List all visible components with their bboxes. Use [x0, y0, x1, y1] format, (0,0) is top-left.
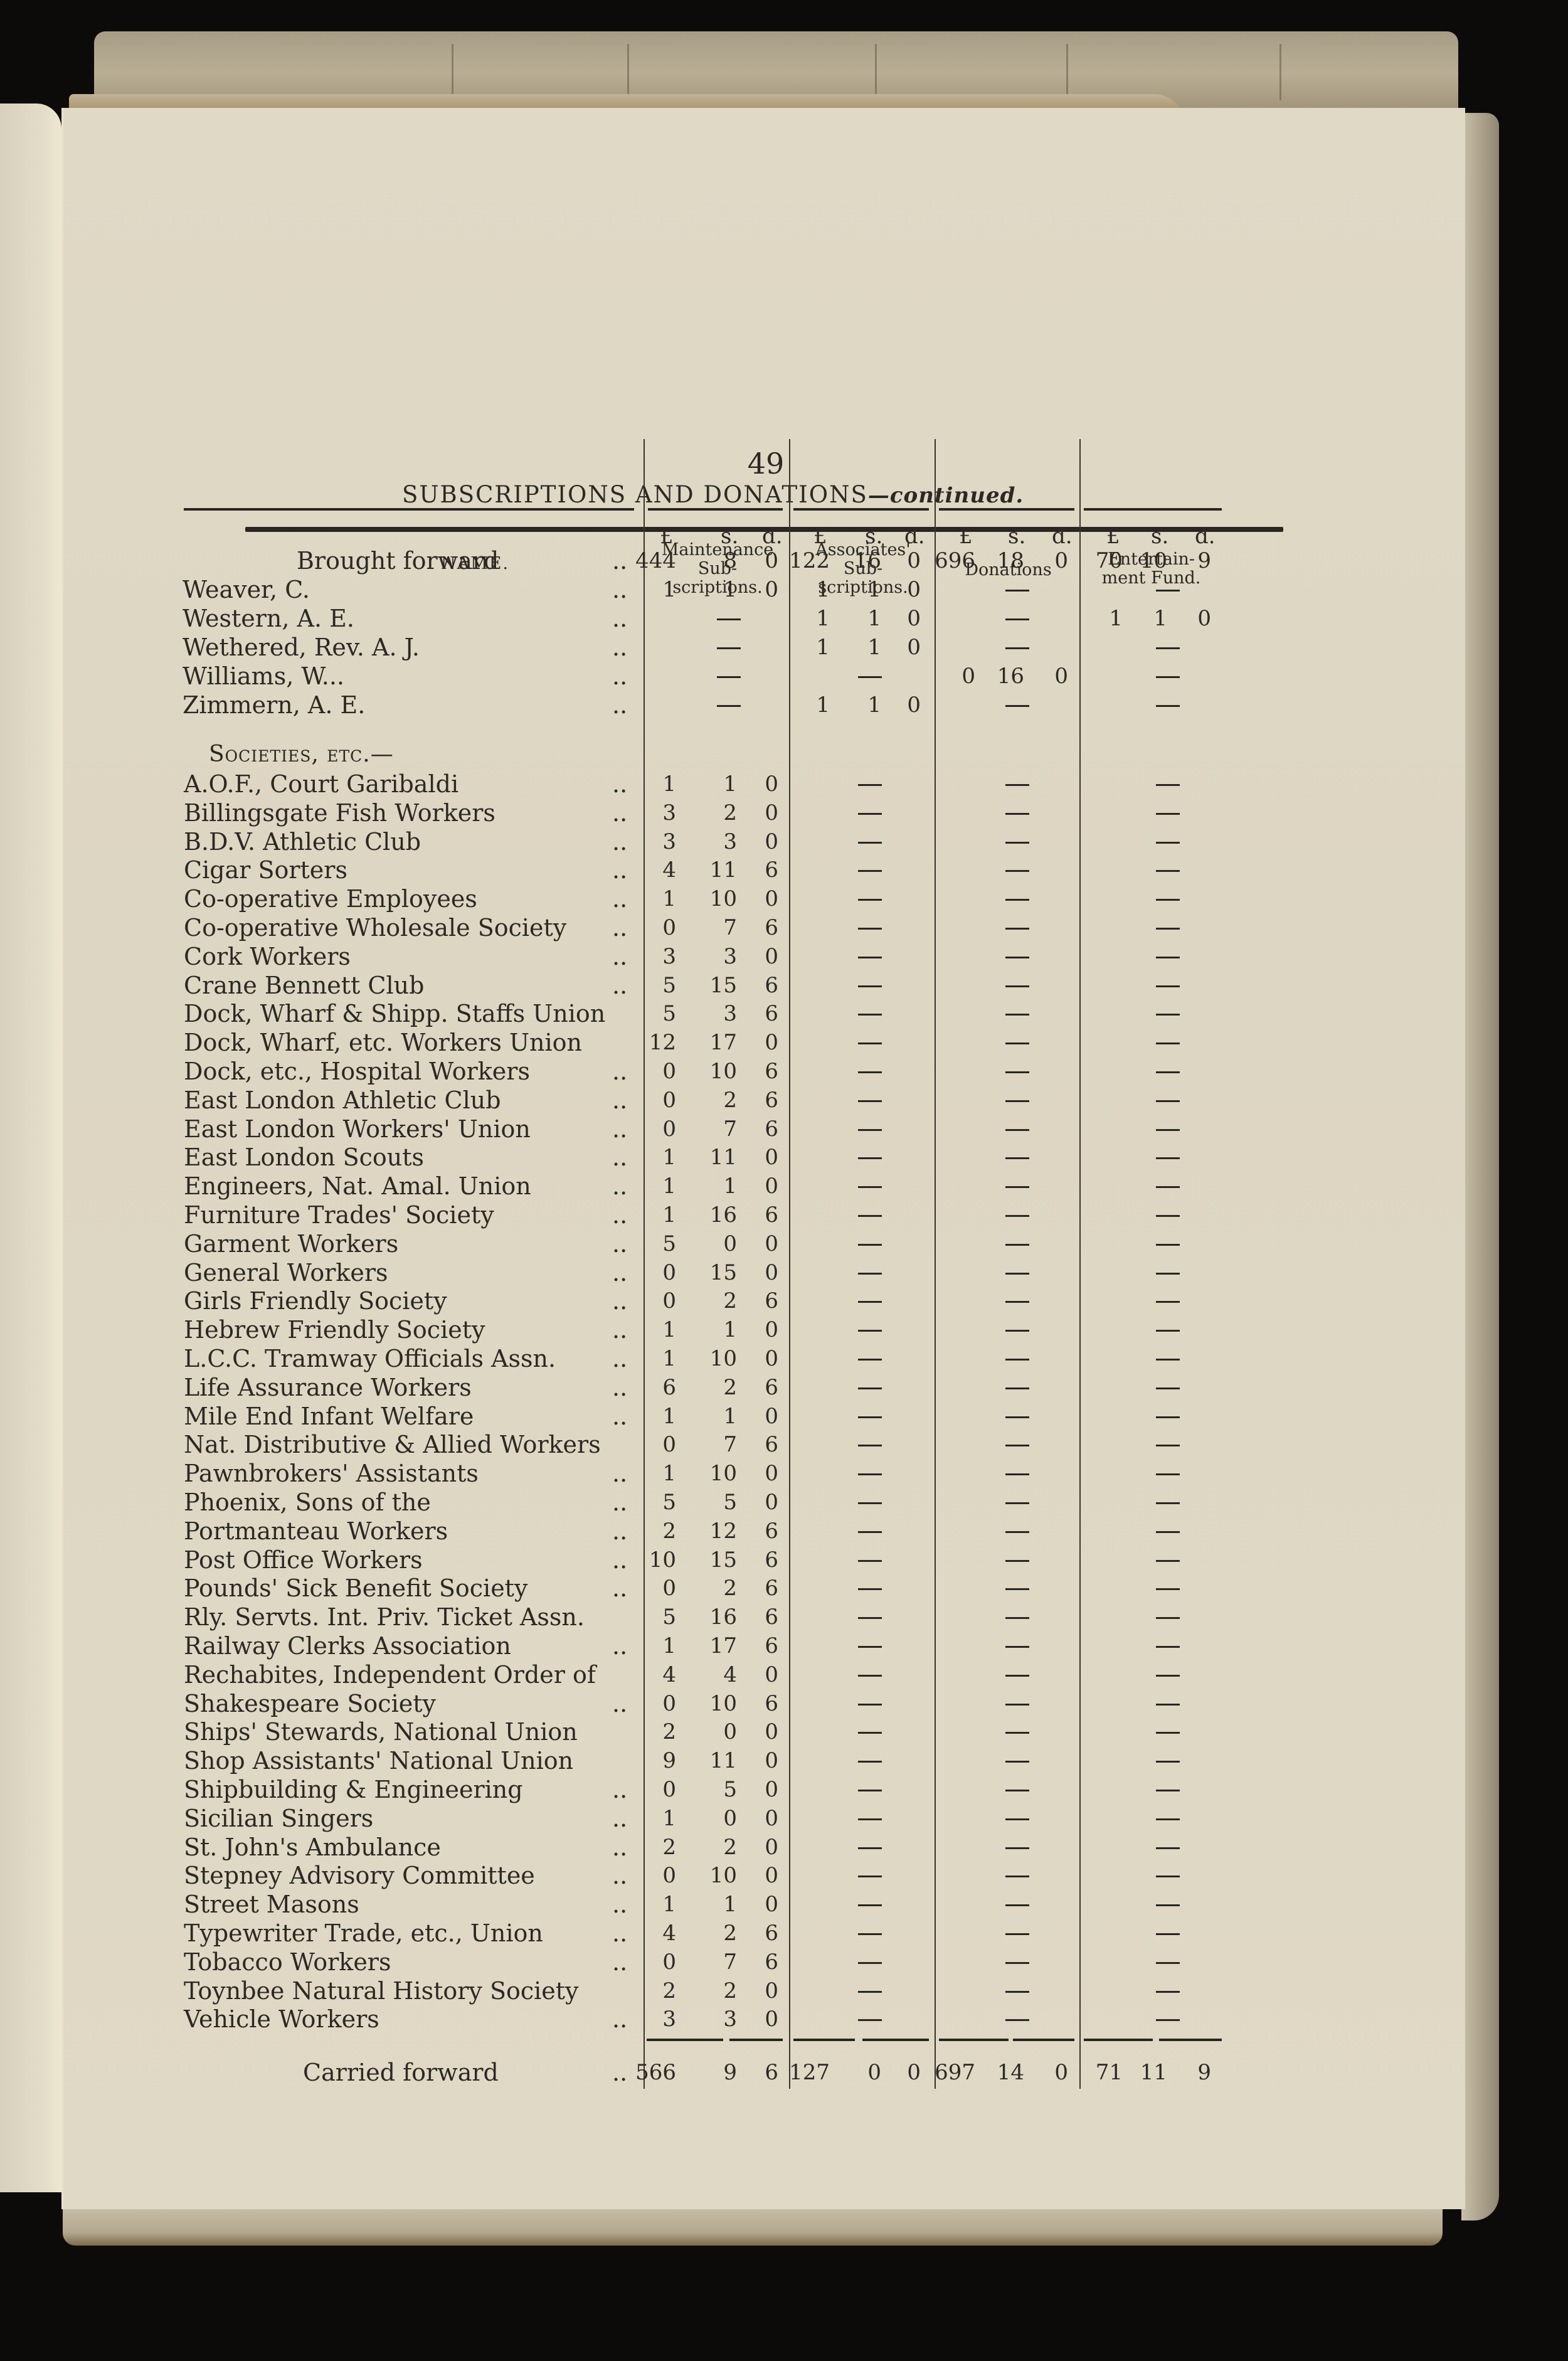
maintenance-pence: 6	[734, 1117, 778, 1142]
associates-empty-dash	[858, 1215, 882, 1217]
maintenance-shillings: 0	[693, 1719, 737, 1744]
maintenance-pence: 6	[734, 915, 778, 940]
maintenance-pence: 6	[734, 1921, 778, 1946]
table-row: Shop Assistants' National Union9110	[63, 1747, 1465, 1776]
associates-empty-dash	[858, 1675, 882, 1677]
entertainment-empty-dash	[1156, 676, 1180, 678]
associates-pounds: 1	[786, 692, 830, 718]
table-row: Furniture Trades' Society..1166	[63, 1201, 1465, 1230]
row-name: Williams, W...	[183, 662, 344, 690]
donations-empty-dash	[1005, 1445, 1029, 1446]
donations-empty-dash	[1005, 870, 1029, 872]
entertainment-empty-dash	[1156, 928, 1180, 930]
maintenance-shillings: 1	[693, 1174, 737, 1199]
header-rule-bottom	[184, 508, 634, 511]
maintenance-pence: 0	[734, 1719, 778, 1744]
maintenance-shillings: 2	[693, 1576, 737, 1601]
maintenance-shillings: 3	[693, 2007, 737, 2032]
table-row: Weaver, C...110110	[63, 576, 1465, 605]
table-row: Mile End Infant Welfare..110	[63, 1403, 1465, 1431]
maintenance-pence: 6	[734, 857, 778, 883]
book-page: 49 SUBSCRIPTIONS AND DONATIONS—continued…	[61, 108, 1465, 2209]
associates-empty-dash	[858, 1962, 882, 1964]
maintenance-pence: 0	[734, 1317, 778, 1342]
entertainment-empty-dash	[1156, 1761, 1180, 1763]
maintenance-shillings: 12	[693, 1519, 737, 1544]
maintenance-shillings: 10	[693, 886, 737, 911]
table-row: Girls Friendly Society..026	[63, 1287, 1465, 1316]
maintenance-shillings: 2	[693, 1921, 737, 1946]
table-row: Shipbuilding & Engineering..050	[63, 1776, 1465, 1805]
table-row: Dock, etc., Hospital Workers..0106	[63, 1058, 1465, 1086]
entertainment-shillings: 11	[1123, 2060, 1167, 2085]
donations-empty-dash	[1005, 813, 1029, 815]
maintenance-pence: 0	[734, 1404, 778, 1429]
row-name: Railway Clerks Association	[184, 1632, 511, 1660]
maintenance-pence: 0	[734, 1892, 778, 1917]
associates-empty-dash	[858, 784, 882, 786]
associates-pence: 0	[877, 577, 921, 602]
associates-empty-dash	[858, 1531, 882, 1533]
maintenance-pounds: 1	[632, 577, 676, 602]
associates-empty-dash	[858, 1646, 882, 1648]
table-row: A.O.F., Court Garibaldi..110	[63, 770, 1465, 799]
maintenance-pence: 6	[734, 1691, 778, 1716]
table-row: Railway Clerks Association..1176	[63, 1632, 1465, 1661]
associates-empty-dash	[858, 2019, 882, 2021]
leader-dots: ..	[612, 1546, 627, 1574]
row-name: Shop Assistants' National Union	[184, 1747, 573, 1775]
entertainment-pounds: 71	[1079, 2060, 1123, 2085]
maintenance-shillings: 2	[693, 1978, 737, 2003]
leader-dots: ..	[612, 1460, 627, 1487]
maintenance-shillings: 7	[693, 1950, 737, 1975]
maintenance-pence: 0	[734, 1461, 778, 1486]
entertainment-empty-dash	[1156, 705, 1180, 707]
maintenance-shillings: 15	[693, 973, 737, 998]
donations-empty-dash	[1005, 957, 1029, 958]
row-name: L.C.C. Tramway Officials Assn.	[184, 1345, 556, 1372]
associates-empty-dash	[858, 1560, 882, 1562]
donations-empty-dash	[1005, 1416, 1029, 1418]
associates-empty-dash	[858, 1473, 882, 1475]
entertainment-empty-dash	[1156, 1186, 1180, 1188]
table-row: Ships' Stewards, National Union200	[63, 1718, 1465, 1747]
maintenance-pence: 0	[734, 1777, 778, 1802]
associates-empty-dash	[858, 1847, 882, 1849]
associates-empty-dash	[858, 1273, 882, 1275]
row-name: Tobacco Workers	[184, 1948, 391, 1976]
donations-empty-dash	[1005, 985, 1029, 987]
row-name: Cork Workers	[184, 943, 351, 970]
entertainment-empty-dash	[1156, 813, 1180, 815]
leader-dots: ..	[612, 605, 627, 632]
entertainment-empty-dash	[1156, 957, 1180, 958]
maintenance-shillings: 1	[693, 1317, 737, 1342]
row-name: Crane Bennett Club	[184, 972, 424, 999]
maintenance-pounds: 1	[632, 1461, 676, 1486]
table-row: Portmanteau Workers..2126	[63, 1517, 1465, 1546]
associates-empty-dash	[858, 1359, 882, 1361]
maintenance-shillings: 10	[693, 1346, 737, 1371]
leader-dots: ..	[612, 1230, 627, 1258]
entertainment-empty-dash	[1156, 1359, 1180, 1361]
leader-dots: ..	[612, 1919, 627, 1947]
maintenance-pounds: 5	[632, 1001, 676, 1026]
table-row: General Workers..0150	[63, 1259, 1465, 1288]
maintenance-pence: 6	[734, 1088, 778, 1113]
title-suffix: —continued.	[868, 483, 1024, 508]
page-title: SUBSCRIPTIONS AND DONATIONS—continued.	[402, 481, 1155, 508]
entertainment-empty-dash	[1156, 1991, 1180, 1993]
maintenance-pounds: 0	[632, 1691, 676, 1716]
maintenance-pounds: 2	[632, 1719, 676, 1744]
associates-empty-dash	[858, 1617, 882, 1619]
entertainment-empty-dash	[1156, 1904, 1180, 1906]
table-row: St. John's Ambulance..220	[63, 1833, 1465, 1862]
maintenance-shillings: 17	[693, 1633, 737, 1658]
maintenance-pence: 6	[734, 1202, 778, 1228]
table-row: Pounds' Sick Benefit Society..026	[63, 1574, 1465, 1603]
entertainment-empty-dash	[1156, 1531, 1180, 1533]
row-name: Girls Friendly Society	[184, 1287, 447, 1315]
maintenance-pounds: 0	[632, 915, 676, 940]
maintenance-pounds: 12	[632, 1030, 676, 1055]
row-name: Life Assurance Workers	[184, 1374, 472, 1401]
table-row: East London Athletic Club..026	[63, 1086, 1465, 1115]
associates-pounds: 1	[786, 606, 830, 631]
maintenance-pence: 0	[734, 1863, 778, 1888]
maintenance-pounds: 1	[632, 1404, 676, 1429]
row-name: Co-operative Wholesale Society	[184, 914, 566, 942]
maintenance-shillings: 11	[693, 857, 737, 883]
entertainment-empty-dash	[1156, 1273, 1180, 1275]
maintenance-pence: 6	[734, 1375, 778, 1400]
maintenance-shillings: 7	[693, 915, 737, 940]
maintenance-pounds: 5	[632, 1490, 676, 1515]
donations-pence: 0	[1024, 2060, 1068, 2085]
donations-empty-dash	[1005, 1157, 1029, 1159]
row-name: Dock, Wharf, etc. Workers Union	[184, 1029, 582, 1056]
left-page-edge	[0, 103, 61, 2192]
maintenance-shillings: 5	[693, 1490, 737, 1515]
maintenance-empty-dash	[717, 676, 741, 678]
book-right-edge	[1461, 113, 1499, 2220]
table-row: L.C.C. Tramway Officials Assn...1100	[63, 1345, 1465, 1374]
leader-dots: ..	[612, 1805, 627, 1832]
table-row: Nat. Distributive & Allied Workers076	[63, 1431, 1465, 1460]
maintenance-pounds: 5	[632, 973, 676, 998]
maintenance-pounds: 0	[632, 1576, 676, 1601]
row-name: Engineers, Nat. Amal. Union	[184, 1172, 531, 1200]
row-name: Brought forward	[297, 547, 499, 575]
leader-dots: ..	[612, 972, 627, 999]
row-name: A.O.F., Court Garibaldi	[184, 770, 458, 798]
maintenance-pence: 0	[734, 1748, 778, 1773]
associates-pence: 0	[877, 692, 921, 718]
donations-empty-dash	[1005, 1761, 1029, 1763]
maintenance-pounds: 1	[632, 1892, 676, 1917]
maintenance-shillings: 10	[693, 1059, 737, 1084]
maintenance-shillings: 1	[693, 1892, 737, 1917]
unit-label-shillings: s.	[1008, 524, 1025, 549]
maintenance-pounds: 4	[632, 1921, 676, 1946]
associates-shillings: 0	[837, 2060, 881, 2085]
row-name: St. John's Ambulance	[184, 1833, 441, 1861]
entertainment-empty-dash	[1156, 1933, 1180, 1935]
entertainment-empty-dash	[1156, 1445, 1180, 1446]
maintenance-pence: 6	[734, 2060, 778, 2085]
maintenance-pounds: 1	[632, 1346, 676, 1371]
maintenance-pence: 0	[734, 1346, 778, 1371]
donations-empty-dash	[1005, 784, 1029, 786]
maintenance-pounds: 0	[632, 1863, 676, 1888]
maintenance-pounds: 566	[632, 2060, 676, 2085]
associates-empty-dash	[858, 1129, 882, 1131]
associates-empty-dash	[858, 1244, 882, 1246]
maintenance-shillings: 5	[693, 1777, 737, 1802]
unit-label-pence: d.	[762, 524, 783, 549]
unit-label-shillings: s.	[865, 524, 882, 549]
associates-pence: 0	[877, 2060, 921, 2085]
associates-empty-dash	[858, 1416, 882, 1418]
entertainment-empty-dash	[1156, 1416, 1180, 1418]
maintenance-pence: 6	[734, 1950, 778, 1975]
associates-empty-dash	[858, 1876, 882, 1877]
leader-dots: ..	[612, 1316, 627, 1344]
unit-label-pounds: £	[959, 524, 973, 549]
table-row: Toynbee Natural History Society220	[63, 1977, 1465, 2006]
header-rule-bottom	[939, 508, 1074, 511]
maintenance-pounds: 5	[632, 1231, 676, 1256]
table-row: Phoenix, Sons of the..550	[63, 1488, 1465, 1517]
maintenance-pounds: 1	[632, 1317, 676, 1342]
maintenance-pence: 6	[734, 1288, 778, 1313]
total-rule	[793, 2039, 855, 2041]
row-name: B.D.V. Athletic Club	[184, 828, 421, 856]
maintenance-empty-dash	[717, 647, 741, 649]
maintenance-pounds: 444	[632, 548, 676, 573]
maintenance-shillings: 3	[693, 829, 737, 854]
leader-dots: ..	[612, 1058, 627, 1085]
maintenance-shillings: 9	[693, 2060, 737, 2085]
unit-label-pounds: £	[1106, 524, 1120, 549]
leader-dots: ..	[612, 1201, 627, 1229]
associates-empty-dash	[858, 1387, 882, 1389]
entertainment-pence: 0	[1167, 606, 1211, 631]
leader-dots: ..	[612, 1345, 627, 1372]
maintenance-shillings: 17	[693, 1030, 737, 1055]
maintenance-pence: 6	[734, 1001, 778, 1026]
associates-empty-dash	[858, 1330, 882, 1332]
header-rule-bottom	[793, 508, 929, 511]
unit-label-pounds: £	[660, 524, 674, 549]
maintenance-empty-dash	[717, 618, 741, 620]
total-rule	[862, 2039, 929, 2041]
maintenance-shillings: 0	[693, 1231, 737, 1256]
maintenance-pounds: 9	[632, 1748, 676, 1773]
leader-dots: ..	[612, 1862, 627, 1889]
maintenance-pence: 6	[734, 1547, 778, 1573]
row-name: Pawnbrokers' Assistants	[184, 1460, 479, 1487]
entertainment-empty-dash	[1156, 1962, 1180, 1964]
entertainment-shillings: 1	[1123, 606, 1167, 631]
donations-empty-dash	[1005, 1991, 1029, 1993]
row-name: Weaver, C.	[183, 576, 310, 603]
table-row: Cork Workers..330	[63, 943, 1465, 972]
leader-dots: ..	[612, 662, 627, 690]
row-name: Mile End Infant Welfare	[184, 1403, 474, 1430]
table-row: Dock, Wharf & Shipp. Staffs Union536	[63, 1000, 1465, 1029]
row-name: Wethered, Rev. A. J.	[183, 634, 420, 661]
row-name: Phoenix, Sons of the	[184, 1488, 431, 1516]
header-rule-bottom	[1084, 508, 1222, 511]
donations-empty-dash	[1005, 1502, 1029, 1504]
maintenance-shillings: 16	[693, 1202, 737, 1228]
donations-empty-dash	[1005, 1387, 1029, 1389]
leader-dots: ..	[612, 1948, 627, 1976]
entertainment-pence: 9	[1167, 548, 1211, 573]
donations-empty-dash	[1005, 1617, 1029, 1619]
donations-empty-dash	[1005, 590, 1029, 592]
maintenance-pounds: 3	[632, 944, 676, 969]
maintenance-pounds: 1	[632, 1633, 676, 1658]
donations-empty-dash	[1005, 1847, 1029, 1849]
maintenance-pounds: 1	[632, 886, 676, 911]
entertainment-empty-dash	[1156, 1244, 1180, 1246]
entertainment-empty-dash	[1156, 784, 1180, 786]
row-name: Ships' Stewards, National Union	[184, 1718, 578, 1746]
brought-forward-row: Brought forward..4448012216069618070109	[63, 547, 1465, 576]
entertainment-empty-dash	[1156, 1646, 1180, 1648]
table-row: Sicilian Singers..100	[63, 1805, 1465, 1833]
associates-empty-dash	[858, 842, 882, 844]
maintenance-shillings: 10	[693, 1863, 737, 1888]
associates-pence: 0	[877, 548, 921, 573]
associates-pounds: 127	[786, 2060, 830, 2085]
donations-empty-dash	[1005, 1244, 1029, 1246]
donations-empty-dash	[1005, 928, 1029, 930]
table-row: Billingsgate Fish Workers..320	[63, 799, 1465, 828]
unit-label-shillings: s.	[1151, 524, 1168, 549]
maintenance-shillings: 1	[693, 1404, 737, 1429]
entertainment-empty-dash	[1156, 1790, 1180, 1791]
donations-empty-dash	[1005, 647, 1029, 649]
leader-dots: ..	[612, 634, 627, 661]
section-heading-societies: Societies, etc.—	[209, 741, 394, 767]
unit-label-pence: d.	[1195, 524, 1216, 549]
maintenance-shillings: 8	[693, 548, 737, 573]
donations-empty-dash	[1005, 1014, 1029, 1016]
entertainment-empty-dash	[1156, 1675, 1180, 1677]
total-rule	[939, 2039, 1009, 2041]
donations-empty-dash	[1005, 1186, 1029, 1188]
associates-empty-dash	[858, 1588, 882, 1590]
row-name: General Workers	[184, 1259, 388, 1287]
entertainment-empty-dash	[1156, 1818, 1180, 1820]
entertainment-empty-dash	[1156, 1560, 1180, 1562]
maintenance-pence: 0	[734, 886, 778, 911]
entertainment-empty-dash	[1156, 2019, 1180, 2021]
table-row: Stepney Advisory Committee..0100	[63, 1862, 1465, 1891]
entertainment-empty-dash	[1156, 1330, 1180, 1332]
table-row: East London Workers' Union..076	[63, 1115, 1465, 1144]
donations-empty-dash	[1005, 1215, 1029, 1217]
maintenance-pounds: 0	[632, 1117, 676, 1142]
table-row: Co-operative Employees..1100	[63, 885, 1465, 914]
maintenance-shillings: 11	[693, 1748, 737, 1773]
carried-forward-row: Carried forward..566961270069714071119	[63, 2059, 1465, 2088]
donations-empty-dash	[1005, 1330, 1029, 1332]
row-name: Zimmern, A. E.	[183, 691, 365, 719]
entertainment-empty-dash	[1156, 1732, 1180, 1734]
donations-empty-dash	[1005, 1904, 1029, 1906]
maintenance-pence: 0	[734, 1030, 778, 1055]
entertainment-empty-dash	[1156, 1071, 1180, 1073]
donations-empty-dash	[1005, 1933, 1029, 1935]
leader-dots: ..	[612, 770, 627, 798]
entertainment-empty-dash	[1156, 870, 1180, 872]
entertainment-empty-dash	[1156, 1157, 1180, 1159]
maintenance-pounds: 2	[632, 1978, 676, 2003]
table-row: Pawnbrokers' Assistants..1100	[63, 1460, 1465, 1488]
donations-empty-dash	[1005, 1531, 1029, 1533]
maintenance-pence: 0	[734, 1260, 778, 1285]
total-rule	[1084, 2039, 1153, 2041]
maintenance-pounds: 5	[632, 1605, 676, 1630]
row-name: Shakespeare Society	[184, 1690, 436, 1717]
row-name: Western, A. E.	[183, 605, 354, 632]
row-name: Dock, etc., Hospital Workers	[184, 1058, 530, 1085]
maintenance-pence: 6	[734, 1633, 778, 1658]
maintenance-pounds: 1	[632, 1145, 676, 1170]
entertainment-empty-dash	[1156, 1014, 1180, 1016]
donations-pounds: 696	[931, 548, 975, 573]
entertainment-empty-dash	[1156, 1876, 1180, 1877]
leader-dots: ..	[612, 885, 627, 913]
table-row: Co-operative Wholesale Society..076	[63, 914, 1465, 943]
donations-empty-dash	[1005, 842, 1029, 844]
table-row: Shakespeare Society..0106	[63, 1690, 1465, 1719]
associates-empty-dash	[858, 899, 882, 901]
maintenance-pence: 0	[734, 772, 778, 797]
table-row: Street Masons..110	[63, 1891, 1465, 1919]
row-name: Portmanteau Workers	[184, 1517, 448, 1545]
donations-empty-dash	[1005, 899, 1029, 901]
page-number: 49	[747, 447, 785, 480]
total-rule	[1013, 2039, 1074, 2041]
maintenance-pence: 6	[734, 973, 778, 998]
maintenance-shillings: 3	[693, 944, 737, 969]
leader-dots: ..	[612, 914, 627, 942]
table-row: Garment Workers..500	[63, 1230, 1465, 1259]
leader-dots: ..	[612, 1891, 627, 1918]
row-name: Hebrew Friendly Society	[184, 1316, 485, 1344]
maintenance-pounds: 0	[632, 1432, 676, 1457]
row-name: East London Athletic Club	[184, 1086, 501, 1114]
maintenance-pounds: 3	[632, 2007, 676, 2032]
maintenance-pounds: 6	[632, 1375, 676, 1400]
donations-empty-dash	[1005, 1301, 1029, 1303]
maintenance-shillings: 3	[693, 1001, 737, 1026]
maintenance-pence: 0	[734, 1662, 778, 1687]
leader-dots: ..	[612, 1488, 627, 1516]
maintenance-shillings: 2	[693, 1375, 737, 1400]
associates-empty-dash	[858, 870, 882, 872]
leader-dots: ..	[612, 1259, 627, 1287]
leader-dots: ..	[612, 2005, 627, 2033]
associates-pounds: 1	[786, 577, 830, 602]
